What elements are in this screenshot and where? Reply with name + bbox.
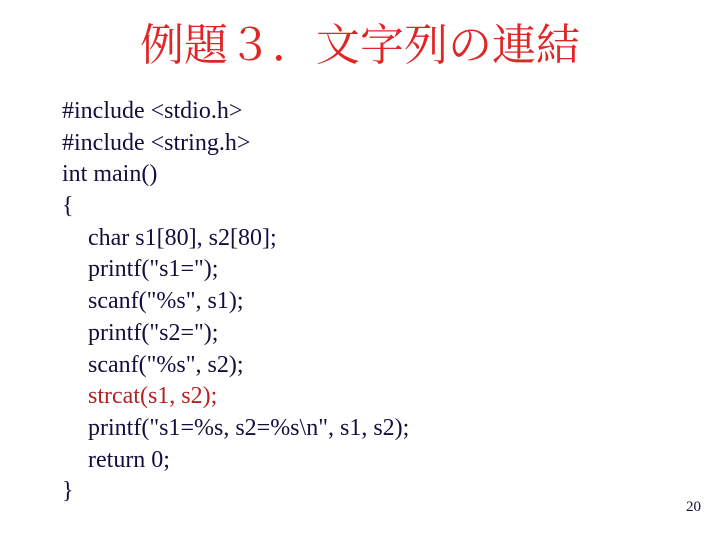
code-line: } — [62, 476, 409, 508]
code-line: return 0; — [62, 445, 409, 477]
slide-title: 例題３．文字列の連結 — [0, 24, 720, 68]
page-number: 20 — [686, 499, 701, 516]
code-line: printf("s2="); — [62, 318, 409, 350]
code-line: #include <stdio.h> — [62, 96, 409, 128]
code-line: scanf("%s", s1); — [62, 286, 409, 318]
code-line: printf("s1="); — [62, 254, 409, 286]
code-line: char s1[80], s2[80]; — [62, 223, 409, 255]
code-line: { — [62, 191, 409, 223]
code-block: #include <stdio.h>#include <string.h>int… — [62, 96, 409, 508]
code-line: printf("s1=%s, s2=%s\n", s1, s2); — [62, 413, 409, 445]
code-line: #include <string.h> — [62, 128, 409, 160]
code-line: scanf("%s", s2); — [62, 350, 409, 382]
presentation-slide: 例題３．文字列の連結 #include <stdio.h>#include <s… — [0, 0, 720, 540]
code-line: int main() — [62, 159, 409, 191]
code-line: strcat(s1, s2); — [62, 381, 409, 413]
